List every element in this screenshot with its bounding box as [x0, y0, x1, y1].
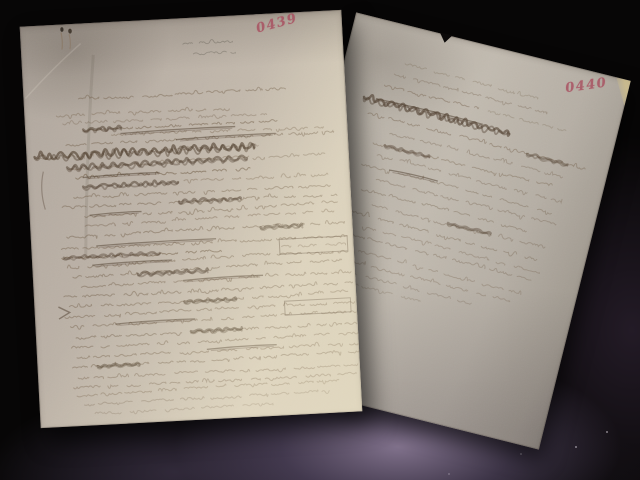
dust-speck — [448, 473, 450, 475]
photograph: 0440 0439 — [0, 0, 640, 480]
dust-speck — [606, 431, 608, 433]
manuscript-page-left: 0439 — [20, 10, 363, 428]
dust-speck — [575, 446, 577, 448]
dust-speck — [520, 453, 522, 455]
handwriting-left — [20, 10, 363, 428]
